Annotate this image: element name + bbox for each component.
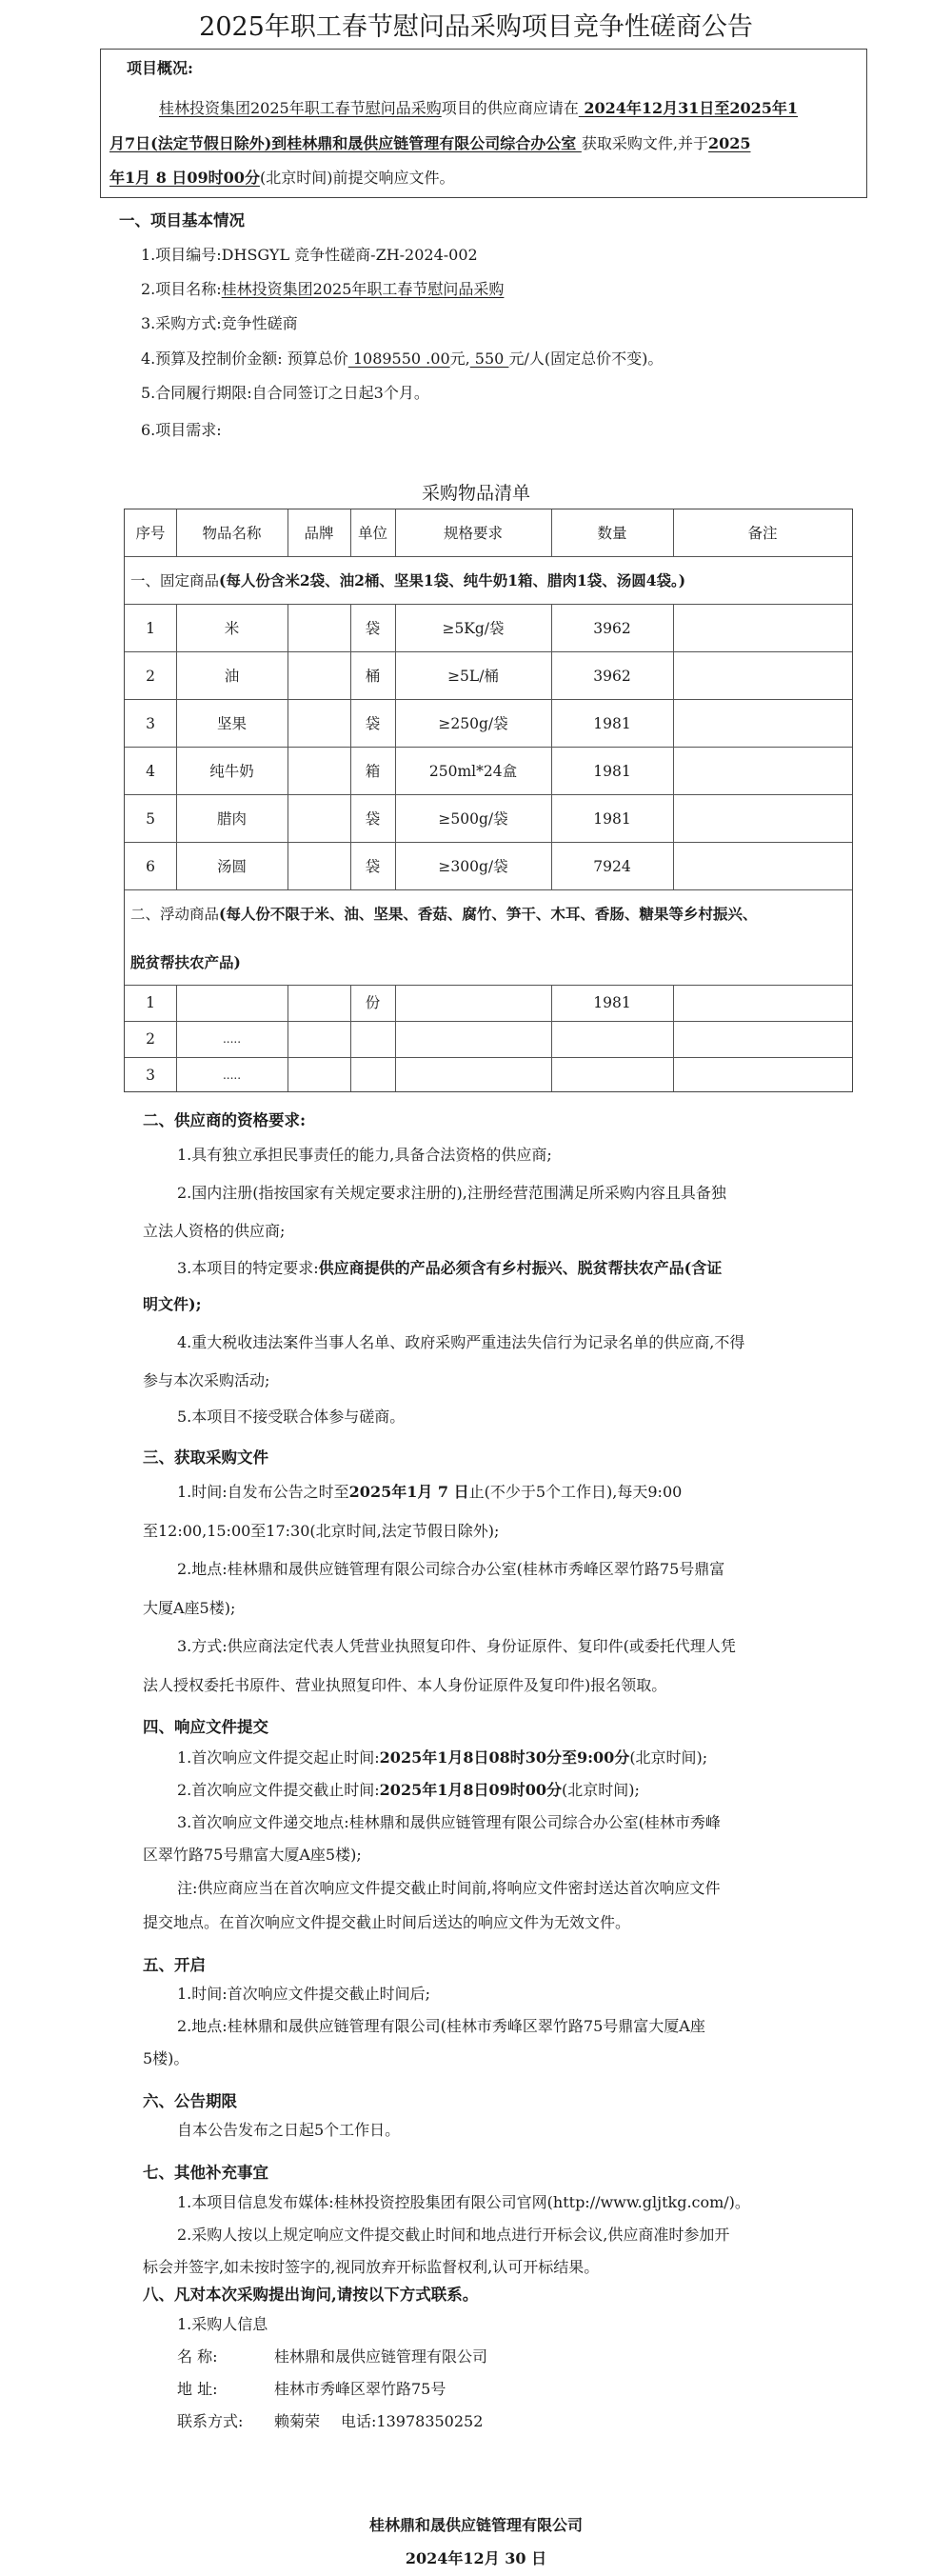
overview-text: 项目的供应商应请在	[442, 99, 579, 117]
cell-spec: 250ml*24盒	[395, 762, 551, 781]
cell-spec: ≥500g/袋	[395, 809, 551, 829]
header-cell-unit: 单位	[350, 524, 395, 543]
section-row-fixed: 一、固定商品(每人份含米2袋、油2桶、坚果1袋、纯牛奶1箱、腊肉1袋、汤圆4袋。…	[130, 571, 685, 590]
contact-person: 赖菊荣	[274, 2412, 320, 2430]
cell-qty: 3962	[551, 619, 673, 638]
s2-item-2-cont: 立法人资格的供应商;	[143, 1222, 285, 1241]
s4-note-cont: 提交地点。在首次响应文件提交截止时间后送达的响应文件为无效文件。	[143, 1913, 630, 1932]
section-row-floating-cont: 脱贫帮扶农产品)	[130, 953, 241, 972]
s2-item-5: 5.本项目不接受联合体参与磋商。	[177, 1408, 405, 1427]
row-divider	[125, 889, 852, 890]
s5-item-2-cont: 5楼)。	[143, 2049, 188, 2068]
cell-no: 2	[125, 667, 176, 686]
label: 联系方式:	[177, 2412, 274, 2431]
buyer-address: 地 址:桂林市秀峰区翠竹路75号	[177, 2380, 446, 2399]
cell-no: 3	[125, 1066, 176, 1085]
overview-line-1: 桂林投资集团2025年职工春节慰问品采购项目的供应商应请在 2024年12月31…	[159, 99, 798, 118]
budget-per-person: 550	[470, 349, 509, 368]
text: 止(不少于5个工作日),每天9:00	[469, 1483, 683, 1501]
s7-item-2: 2.采购人按以上规定响应文件提交截止时间和地点进行开标会议,供应商准时参加开	[177, 2226, 729, 2245]
section-label: 一、固定商品	[130, 572, 219, 589]
label: 1.首次响应文件提交起止时间:	[177, 1748, 380, 1767]
s2-item-4: 4.重大税收违法案件当事人名单、政府采购严重违法失信行为记录名单的供应商,不得	[177, 1333, 744, 1352]
section-8-heading: 八、凡对本次采购提出询问,请按以下方式联系。	[143, 2282, 478, 2305]
section-label: 二、浮动商品	[130, 906, 219, 923]
cell-name: 纯牛奶	[176, 762, 288, 781]
signature-company: 桂林鼎和晟供应链管理有限公司	[0, 2516, 952, 2535]
cell-no: 1	[125, 619, 176, 638]
section-2-heading: 二、供应商的资格要求:	[143, 1108, 306, 1130]
project-name-value: 桂林投资集团2025年职工春节慰问品采购	[222, 280, 505, 298]
project-name-underlined: 桂林投资集团2025年职工春节慰问品采购	[159, 99, 442, 117]
s2-item-2: 2.国内注册(指按国家有关规定要求注册的),注册经营范围满足所采购内容且具备独	[177, 1184, 726, 1203]
s7-item-1: 1.本项目信息发布媒体:桂林投资控股集团有限公司官网(http://www.gl…	[177, 2193, 750, 2212]
cell-unit: 桶	[350, 667, 395, 686]
label: 名 称:	[177, 2347, 274, 2366]
deadline-date: 2025年1月 7 日	[349, 1483, 469, 1501]
cell-no: 3	[125, 714, 176, 733]
cell-unit: 袋	[350, 809, 395, 829]
cell-qty: 3962	[551, 667, 673, 686]
section-7-heading: 七、其他补充事宜	[143, 2160, 268, 2183]
deadline-underlined: 年1月 8 日09时00分	[109, 169, 260, 187]
cell-spec: ≥5L/桶	[395, 667, 551, 686]
s3-item-2: 2.地点:桂林鼎和晟供应链管理有限公司综合办公室(桂林市秀峰区翠竹路75号鼎富	[177, 1560, 724, 1579]
cell-name: .....	[176, 1066, 288, 1085]
col-divider	[673, 604, 674, 889]
budget-total: 1089550 .00	[348, 349, 450, 368]
s3-item-1-cont: 至12:00,15:00至17:30(北京时间,法定节假日除外);	[143, 1522, 499, 1541]
value: 桂林鼎和晟供应链管理有限公司	[274, 2347, 487, 2366]
row-divider	[125, 651, 852, 652]
section-row-floating: 二、浮动商品(每人份不限于米、油、坚果、香菇、腐竹、笋干、木耳、香肠、糖果等乡村…	[130, 905, 757, 924]
cell-name: 米	[176, 619, 288, 638]
cell-qty: 1981	[551, 809, 673, 829]
cell-name: 腊肉	[176, 809, 288, 829]
s1-item-2: 2.项目名称:桂林投资集团2025年职工春节慰问品采购	[141, 280, 504, 299]
cell-no: 5	[125, 809, 176, 829]
s2-item-1: 1.具有独立承担民事责任的能力,具备合法资格的供应商;	[177, 1146, 552, 1165]
cell-name: 坚果	[176, 714, 288, 733]
section-4-heading: 四、响应文件提交	[143, 1714, 268, 1737]
s1-item-3: 3.采购方式:竞争性磋商	[141, 314, 298, 333]
cell-no: 1	[125, 993, 176, 1012]
s4-item-3-cont: 区翠竹路75号鼎富大厦A座5楼);	[143, 1846, 362, 1865]
overview-text: 获取采购文件,并于	[582, 134, 708, 152]
location-underlined: 月7日(法定节假日除外)到桂林鼎和晟供应链管理有限公司综合办公室	[109, 134, 582, 152]
s7-item-2-cont: 标会并签字,如未按时签字的,视同放弃开标监督权利,认可开标结果。	[143, 2258, 599, 2277]
period-underlined: 2024年12月31日至2025年1	[579, 99, 798, 117]
s5-item-2: 2.地点:桂林鼎和晟供应链管理有限公司(桂林市秀峰区翠竹路75号鼎富大厦A座	[177, 2017, 705, 2036]
section-1-heading: 一、项目基本情况	[119, 208, 245, 230]
s4-item-1: 1.首次响应文件提交起止时间:2025年1月8日08时30分至9:00分(北京时…	[177, 1748, 707, 1767]
cell-qty: 1981	[551, 993, 673, 1012]
table-caption: 采购物品清单	[0, 479, 952, 505]
value: 桂林市秀峰区翠竹路75号	[274, 2380, 446, 2398]
unit: 元/人(固定总价不变)。	[508, 349, 663, 368]
cell-unit: 袋	[350, 619, 395, 638]
col-divider	[673, 985, 674, 1091]
header-cell-name: 物品名称	[176, 524, 288, 543]
label: 2.项目名称:	[141, 280, 222, 298]
text: (北京时间);	[629, 1748, 707, 1767]
section-6-heading: 六、公告期限	[143, 2088, 237, 2111]
cell-name: .....	[176, 1029, 288, 1048]
row-divider	[125, 604, 852, 605]
cell-unit: 箱	[350, 762, 395, 781]
s4-note: 注:供应商应当在首次响应文件提交截止时间前,将响应文件密封送达首次响应文件	[177, 1879, 720, 1898]
s3-item-2-cont: 大厦A座5楼);	[143, 1599, 235, 1618]
header-cell-qty: 数量	[551, 524, 673, 543]
s2-item-3: 3.本项目的特定要求:供应商提供的产品必须含有乡村振兴、脱贫帮扶农产品(含证	[177, 1259, 722, 1278]
row-divider	[125, 985, 852, 986]
s3-item-3-cont: 法人授权委托书原件、营业执照复印件、本人身份证原件及复印件)报名领取。	[143, 1676, 666, 1695]
page-title: 2025年职工春节慰问品采购项目竞争性磋商公告	[0, 6, 952, 43]
label: 3.本项目的特定要求:	[177, 1259, 319, 1277]
s2-item-3-cont: 明文件);	[143, 1295, 201, 1314]
cell-spec: ≥300g/袋	[395, 857, 551, 876]
col-divider	[395, 604, 396, 889]
phone-number: 13978350252	[376, 2412, 483, 2430]
row-divider	[125, 842, 852, 843]
cell-no: 4	[125, 762, 176, 781]
label: 1.时间:自发布公告之时至	[177, 1483, 349, 1501]
row-divider	[125, 1021, 852, 1022]
overview-line-2: 月7日(法定节假日除外)到桂林鼎和晟供应链管理有限公司综合办公室 获取采购文件,…	[109, 134, 750, 153]
cell-unit: 袋	[350, 857, 395, 876]
cell-no: 2	[125, 1029, 176, 1048]
cell-unit: 袋	[350, 714, 395, 733]
cell-qty: 1981	[551, 762, 673, 781]
overview-line-3: 年1月 8 日09时00分(北京时间)前提交响应文件。	[109, 169, 454, 188]
unit: 元,	[450, 349, 470, 368]
procurement-table: 序号 物品名称 品牌 单位 规格要求 数量 备注 一、固定商品(每人份含米2袋、…	[124, 509, 853, 1092]
signature-date: 2024年12月 30 日	[0, 2549, 952, 2568]
row-divider	[125, 699, 852, 700]
overview-label: 项目概况:	[127, 59, 193, 78]
overview-text: (北京时间)前提交响应文件。	[260, 169, 455, 187]
header-cell-spec: 规格要求	[395, 524, 551, 543]
header-cell-no: 序号	[125, 524, 176, 543]
section-5-heading: 五、开启	[143, 1952, 206, 1975]
s3-item-3: 3.方式:供应商法定代表人凭营业执照复印件、身份证原件、复印件(或委托代理人凭	[177, 1637, 736, 1656]
cell-qty: 7924	[551, 857, 673, 876]
s4-item-3: 3.首次响应文件递交地点:桂林鼎和晟供应链管理有限公司综合办公室(桂林市秀峰	[177, 1813, 721, 1832]
buyer-name: 名 称:桂林鼎和晟供应链管理有限公司	[177, 2347, 487, 2366]
cell-no: 6	[125, 857, 176, 876]
s1-item-1: 1.项目编号:DHSGYL 竞争性磋商-ZH-2024-002	[141, 246, 478, 265]
time-range: 2025年1月8日08时30分至9:00分	[380, 1748, 630, 1767]
section-3-heading: 三、获取采购文件	[143, 1445, 268, 1468]
cell-spec: ≥5Kg/袋	[395, 619, 551, 638]
cell-spec: ≥250g/袋	[395, 714, 551, 733]
cell-qty: 1981	[551, 714, 673, 733]
row-divider	[125, 794, 852, 795]
header-cell-brand: 品牌	[288, 524, 350, 543]
text: (北京时间);	[562, 1781, 640, 1799]
col-divider	[350, 604, 351, 889]
label: 电话:	[341, 2412, 376, 2430]
s4-item-2: 2.首次响应文件提交截止时间:2025年1月8日09时00分(北京时间);	[177, 1781, 640, 1800]
col-divider	[551, 604, 552, 889]
row-divider	[125, 1057, 852, 1058]
label: 4.预算及控制价金额: 预算总价	[141, 349, 348, 368]
buyer-contact: 联系方式:赖菊荣电话:13978350252	[177, 2412, 483, 2431]
row-divider	[125, 747, 852, 748]
row-divider	[125, 556, 852, 557]
s8-item-1: 1.采购人信息	[177, 2315, 268, 2334]
s1-item-5: 5.合同履行期限:自合同签订之日起3个月。	[141, 384, 429, 403]
s1-item-6: 6.项目需求:	[141, 421, 222, 440]
s1-item-4: 4.预算及控制价金额: 预算总价 1089550 .00元, 550 元/人(固…	[141, 349, 663, 369]
s5-item-1: 1.时间:首次响应文件提交截止时间后;	[177, 1985, 430, 2004]
col-divider	[288, 604, 288, 889]
header-cell-note: 备注	[673, 524, 852, 543]
cell-name: 油	[176, 667, 288, 686]
s2-item-4-cont: 参与本次采购活动;	[143, 1371, 269, 1390]
label: 地 址:	[177, 2380, 274, 2399]
deadline-time: 2025年1月8日09时00分	[380, 1781, 562, 1799]
col-divider	[395, 985, 396, 1091]
section-detail: (每人份不限于米、油、坚果、香菇、腐竹、笋干、木耳、香肠、糖果等乡村振兴、	[219, 905, 757, 923]
deadline-underlined: 2025	[708, 134, 751, 152]
col-divider	[176, 604, 177, 889]
col-divider	[288, 985, 288, 1091]
section-detail: (每人份含米2袋、油2桶、坚果1袋、纯牛奶1箱、腊肉1袋、汤圆4袋。)	[219, 571, 685, 589]
cell-unit: 份	[350, 993, 395, 1012]
cell-name: 汤圆	[176, 857, 288, 876]
label: 2.首次响应文件提交截止时间:	[177, 1781, 380, 1799]
s6-text: 自本公告发布之日起5个工作日。	[177, 2121, 400, 2140]
s3-item-1: 1.时间:自发布公告之时至2025年1月 7 日止(不少于5个工作日),每天9:…	[177, 1483, 682, 1502]
requirement-text: 供应商提供的产品必须含有乡村振兴、脱贫帮扶农产品(含证	[319, 1259, 723, 1277]
